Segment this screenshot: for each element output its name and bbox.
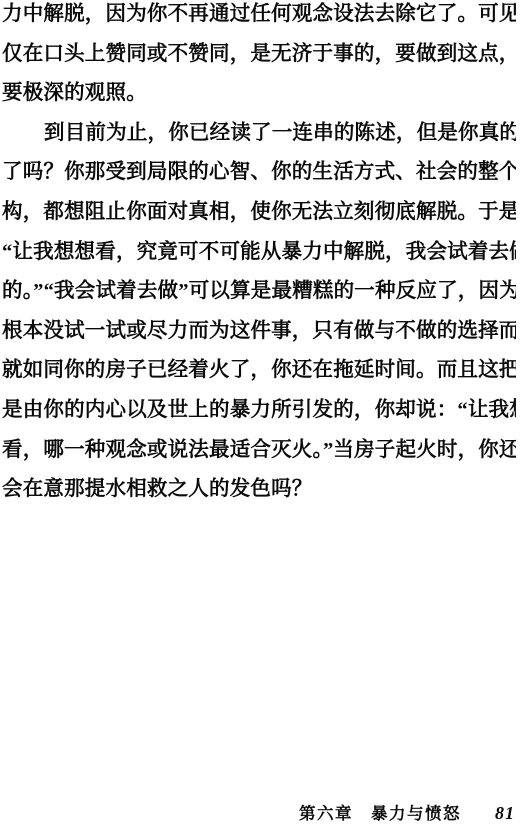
text-line: 根本没试一试或尽力而为这件事，只有做与不做的选择而已。: [2, 312, 516, 352]
page-number: 81: [495, 803, 515, 824]
text-line: “让我想想看，究竟可不可能从暴力中解脱，我会试着去做: [2, 233, 516, 273]
text-line: 了吗？你那受到局限的心智、你的生活方式、社会的整个结: [2, 153, 516, 193]
page-footer: 第六章 暴力与愤怒 81: [299, 800, 515, 824]
text-line: 就如同你的房子已经着火了，你还在拖延时间。而且这把火: [2, 351, 516, 391]
text-line: 要极深的观照。: [2, 74, 516, 114]
text-line: 仅在口头上赞同或不赞同，是无济于事的，要做到这点，需: [2, 35, 516, 75]
chapter-title: 第六章 暴力与愤怒: [299, 800, 461, 824]
body-text: 力中解脱，因为你不再通过任何观念设法去除它了。可见仅 仅在口头上赞同或不赞同，是…: [2, 0, 516, 510]
text-line: 看，哪一种观念或说法最适合灭火。”当房子起火时，你还: [2, 431, 516, 471]
text-line: 会在意那提水相救之人的发色吗？: [2, 470, 516, 510]
book-page: 力中解脱，因为你不再通过任何观念设法去除它了。可见仅 仅在口头上赞同或不赞同，是…: [0, 0, 521, 835]
text-line: 构，都想阻止你面对真相，使你无法立刻彻底解脱。于是你说：: [2, 193, 516, 233]
text-line: 是由你的内心以及世上的暴力所引发的，你却说：“让我想想: [2, 391, 516, 431]
text-line: 的。”“我会试着去做”可以算是最糟糕的一种反应了，因为: [2, 272, 516, 312]
text-line: 力中解脱，因为你不再通过任何观念设法去除它了。可见仅: [2, 0, 516, 35]
text-line: 到目前为止，你已经读了一连串的陈述，但是你真的懂: [2, 114, 516, 154]
